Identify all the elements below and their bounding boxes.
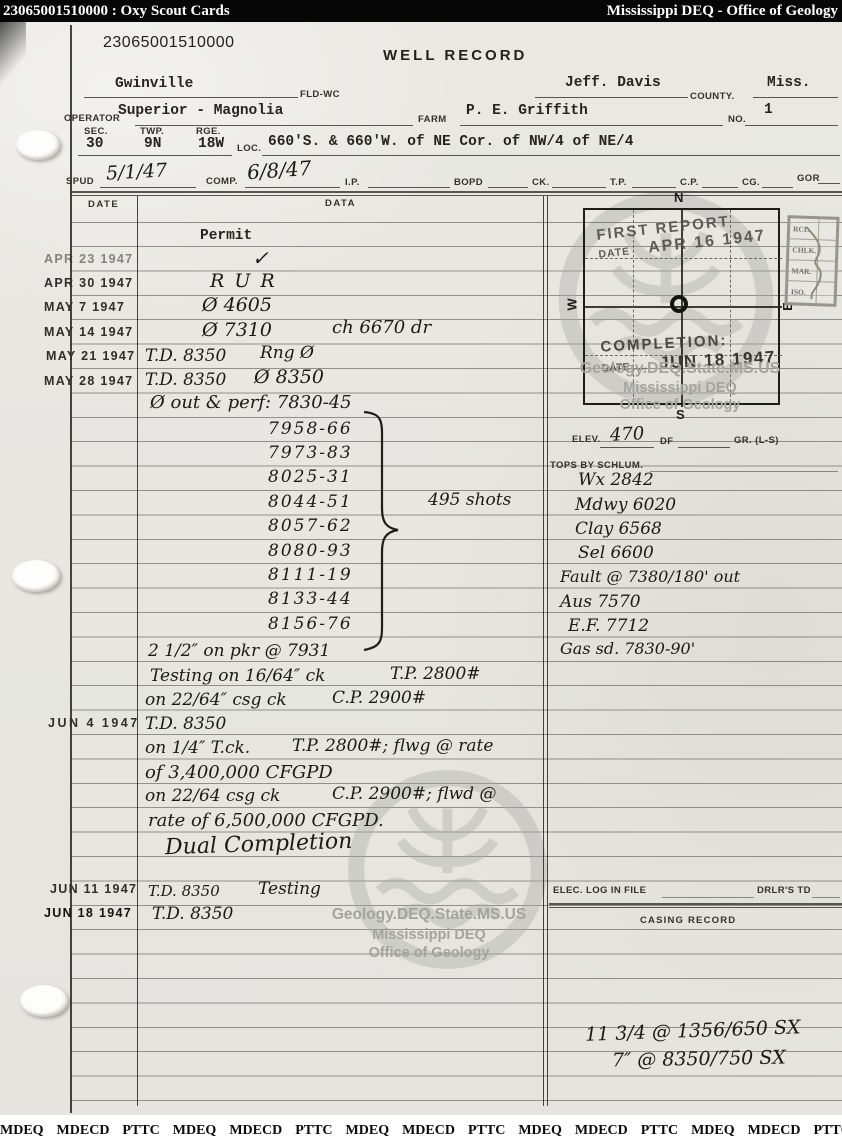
double-rule-top (70, 191, 842, 193)
log-entry: 8025-31 (268, 467, 353, 487)
tops-row: Clay 6568 (575, 519, 662, 539)
record-check-stamp-box: RCL. CHLK. MAR. ISO. (784, 215, 839, 307)
scan-corner-artifact (0, 22, 26, 92)
log-entry: Ø 8350 (254, 366, 324, 388)
first-report-date-label: DATE (598, 245, 631, 260)
log-entry: T.D. 8350 (145, 370, 226, 390)
log-entry: T.D. 8350 (145, 346, 226, 366)
cg-label: CG. (742, 177, 760, 188)
punch-hole (20, 985, 68, 1017)
ip-label: I.P. (345, 177, 360, 188)
ck-label: CK. (532, 177, 550, 188)
farm-label: FARM (418, 114, 447, 125)
log-date-stamp: MAY 21 1947 (46, 349, 135, 363)
log-date-stamp: APR 30 1947 (44, 276, 133, 290)
twp-value: 9N (144, 136, 161, 152)
watermark-line: Mississippi DEQ (560, 380, 800, 396)
log-date-stamp: JUN 4 1947 (48, 716, 140, 730)
spud-underline (100, 187, 196, 188)
date-column-divider (137, 196, 138, 1106)
top-header-bar: 23065001510000 : Oxy Scout Cards Mississ… (0, 0, 842, 22)
field-underline (84, 97, 298, 98)
field-label: FLD-WC (300, 89, 340, 100)
tops-row: Aus 7570 (560, 592, 641, 612)
tops-row: Fault @ 7380/180' out (560, 567, 740, 586)
data-column-header: DATA (325, 198, 356, 209)
log-date-stamp: APR 23 1947 (44, 252, 133, 266)
log-entry: 495 shots (428, 490, 511, 510)
bopd-label: BOPD (454, 177, 483, 188)
watermark-line: Office of Geology (560, 397, 800, 413)
log-entry: on 22/64″ csg ck (145, 690, 287, 710)
double-rule-bottom (70, 195, 842, 196)
tp-label: T.P. (610, 177, 627, 188)
log-entry: Ø 7310 (202, 319, 272, 341)
county-label: COUNTY. (690, 91, 735, 102)
date-column-header: DATE (88, 199, 119, 210)
field-name-value: Gwinville (115, 76, 193, 92)
watermark-line: Office of Geology (326, 945, 532, 961)
county-value: Jeff. Davis (565, 75, 661, 91)
log-entry: Testing (258, 879, 321, 899)
gor-underline (818, 183, 840, 184)
tops-row: E.F. 7712 (568, 616, 649, 636)
log-entry: C.P. 2900#; flwd @ (332, 784, 496, 804)
log-entry: Ø 4605 (202, 294, 272, 316)
comp-label: COMP. (206, 176, 238, 187)
tops-row: Mdwy 6020 (575, 495, 676, 515)
elev-underline (600, 447, 654, 448)
log-entry: 8156-76 (268, 614, 353, 634)
no-underline (745, 125, 838, 126)
cp-underline (702, 187, 738, 188)
log-entry: on 22/64 csg ck (145, 786, 280, 806)
watermark-text: Geology.DEQ.State.MS.US Mississippi DEQ … (560, 360, 800, 413)
log-entry: C.P. 2900# (332, 688, 426, 708)
loc-label: LOC. (237, 143, 261, 154)
operator-label: OPERATOR (64, 113, 120, 124)
tops-row: Gas sd. 7830-90' (560, 639, 695, 658)
punch-hole (16, 130, 60, 160)
spud-label: SPUD (66, 176, 94, 187)
footer-sponsor-bar: MDEQ MDECD PTTC MDEQ MDECD PTTC MDEQ MDE… (0, 1115, 842, 1147)
casing-double-rule-a (549, 903, 842, 905)
agency-title: Mississippi DEQ - Office of Geology (607, 0, 838, 22)
plat-west-label: W (565, 298, 580, 310)
str-underline (78, 155, 232, 156)
log-entry: of 3,400,000 CFGPD (145, 762, 333, 783)
gor-label: GOR (797, 173, 820, 184)
casing-record-label: CASING RECORD (640, 915, 736, 926)
bopd-underline (488, 187, 528, 188)
log-entry: 7958-66 (268, 419, 353, 439)
spud-date-value: 5/1/47 (105, 159, 167, 184)
casing-double-rule-b (549, 907, 842, 908)
plat-north-label: N (674, 190, 683, 205)
log-entry: T.D. 8350 (148, 882, 220, 900)
farm-value: P. E. Griffith (466, 103, 588, 119)
punch-hole (12, 560, 60, 592)
api-number: 23065001510000 (103, 34, 235, 52)
log-entry: T.D. 8350 (145, 714, 226, 734)
gr-label: GR. (L-S) (734, 435, 779, 446)
df-label: DF (660, 436, 673, 447)
document-id-title: 23065001510000 : Oxy Scout Cards (3, 0, 230, 22)
cp-label: C.P. (680, 177, 699, 188)
operator-underline (135, 125, 413, 126)
data-panel-divider-b (547, 196, 548, 1106)
elec-log-label: ELEC. LOG IN FILE (553, 885, 646, 896)
county-underline (535, 97, 688, 98)
log-entry: T.P. 2800#; flwg @ rate (292, 736, 493, 756)
loc-underline (262, 155, 840, 156)
log-entry: Ø out & perf: 7830-45 (150, 392, 352, 413)
log-date-stamp: MAY 7 1947 (44, 300, 125, 314)
tops-label-line (650, 471, 838, 472)
comp-underline (245, 187, 340, 188)
log-entry: 8080-93 (268, 541, 353, 561)
farm-underline (460, 125, 723, 126)
log-entry: on 1/4″ T.ck. (145, 738, 250, 758)
log-entry: ch 6670 dr (332, 317, 431, 338)
watermark-line: Mississippi DEQ (326, 927, 532, 943)
log-entry: T.P. 2800# (390, 664, 481, 684)
log-date-stamp: JUN 18 1947 (44, 906, 132, 920)
card-left-border (70, 25, 72, 1113)
log-entry: Testing on 16/64″ ck (150, 666, 325, 686)
perforation-brace (358, 408, 402, 653)
drlrs-td-line (812, 897, 840, 898)
tops-row: Sel 6600 (578, 543, 654, 563)
drlrs-td-label: DRLR'S TD (757, 885, 811, 896)
well-number-label: NO. (728, 114, 746, 125)
elev-label: ELEV. (572, 434, 601, 445)
log-entry: T.D. 8350 (152, 904, 233, 924)
ip-underline (368, 187, 450, 188)
rge-value: 18W (198, 136, 224, 152)
log-date-stamp: JUN 11 1947 (50, 882, 137, 896)
log-entry: Permit (200, 228, 252, 244)
operator-value: Superior - Magnolia (118, 103, 283, 119)
log-entry: 8057-62 (268, 516, 353, 536)
log-entry: 8133-44 (268, 589, 353, 609)
log-entry: Rng Ø (260, 343, 314, 363)
tops-row: Wx 2842 (578, 470, 654, 490)
tp-underline (632, 187, 676, 188)
loc-value: 660'S. & 660'W. of NE Cor. of NW/4 of NE… (268, 134, 633, 150)
cg-underline (762, 187, 793, 188)
log-entry: R U R (210, 270, 277, 292)
state-value: Miss. (767, 75, 811, 91)
watermark-line: Geology.DEQ.State.MS.US (560, 360, 800, 378)
watermark-text: Geology.DEQ.State.MS.US Mississippi DEQ … (326, 906, 532, 961)
elec-log-line (662, 897, 754, 898)
well-number-value: 1 (764, 102, 773, 118)
log-entry: 8111-19 (268, 565, 353, 585)
sec-value: 30 (86, 136, 103, 152)
data-panel-divider-a (543, 196, 544, 1106)
form-title: WELL RECORD (383, 47, 527, 64)
comp-date-value: 6/8/47 (246, 156, 312, 184)
log-date-stamp: MAY 28 1947 (44, 374, 133, 388)
log-entry: 7973-83 (268, 443, 353, 463)
ck-underline (552, 187, 606, 188)
casing-row: 7″ @ 8350/750 SX (612, 1046, 786, 1071)
elev-value: 470 (609, 423, 644, 446)
state-underline (753, 97, 838, 98)
log-date-stamp: MAY 14 1947 (44, 325, 133, 339)
check-squiggle (796, 221, 833, 304)
log-entry: 2 1/2″ on pkr @ 7931 (148, 641, 330, 661)
well-location-marker (670, 295, 688, 313)
log-entry: 8044-51 (268, 492, 353, 512)
log-entry-checkmark: ✓ (252, 246, 269, 270)
watermark-line: Geology.DEQ.State.MS.US (326, 906, 532, 924)
df-underline (678, 447, 730, 448)
